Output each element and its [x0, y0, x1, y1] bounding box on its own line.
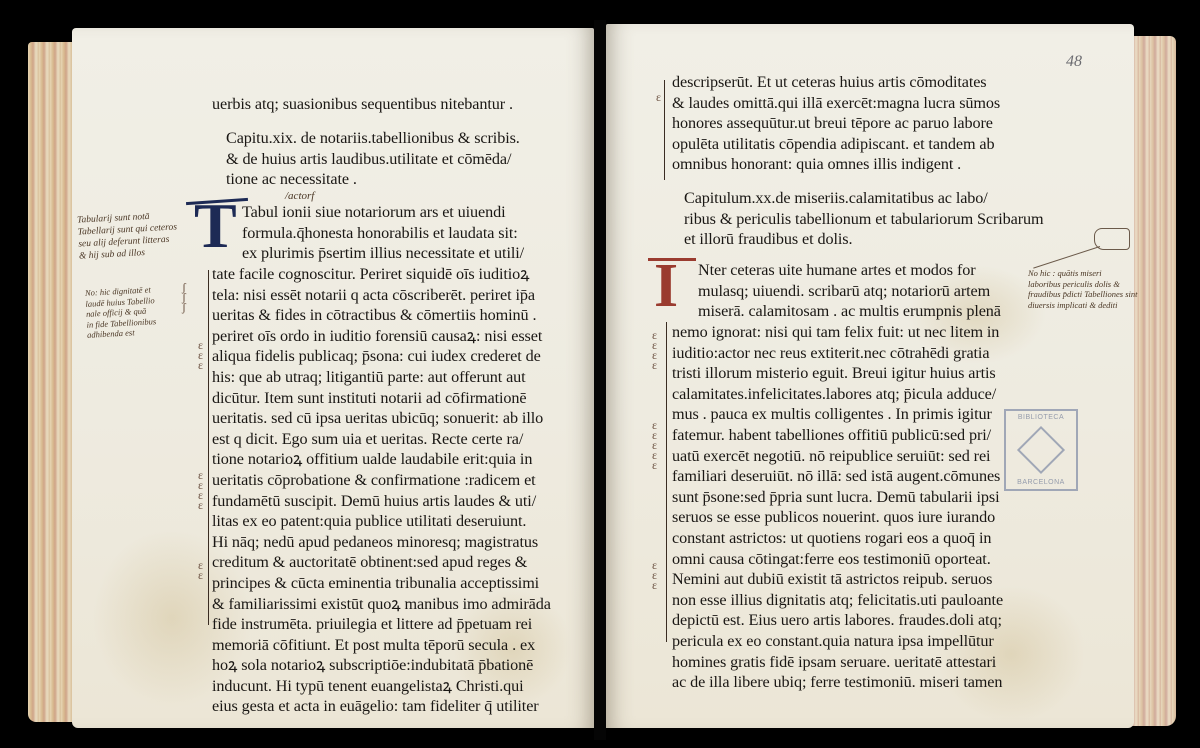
library-ownership-stamp: BIBLIOTECA BARCELONA [1004, 409, 1078, 491]
margin-flourish: εε [198, 560, 203, 580]
right-page-continuation: descripserūt. Et ut ceteras huius artis … [672, 72, 1000, 175]
left-marginal-note-2: No: hic dignitatē et laudē huius Tabelli… [85, 284, 157, 340]
left-body-text: tate facile cognoscitur. Periret siquidē… [212, 264, 551, 717]
margin-flourish: εεεε [198, 470, 203, 510]
left-marginal-note-1: Tabularij sunt notā Tabellarij sunt qui … [77, 209, 179, 262]
margin-flourish: εεε [652, 560, 657, 590]
left-body-indented: Tabul ionii siue notariorum ars et uiuen… [242, 202, 524, 264]
margin-flourish: εεεεε [652, 420, 657, 470]
open-book-spread: uerbis atq; suasionibus sequentibus nite… [0, 0, 1200, 748]
illuminated-initial-t: T [194, 196, 244, 256]
interlinear-correction: /actorf [285, 190, 314, 202]
margin-bracket-line [666, 322, 667, 642]
right-page-block-edge [1128, 36, 1176, 726]
margin-flourish: εεε [198, 340, 203, 370]
margin-flourish: εεεε [652, 330, 657, 370]
initial-flourish [648, 258, 696, 261]
margin-bracket-line [664, 80, 665, 180]
chapter-xix-heading: Capitu.xix. de notariis.tabellionibus & … [226, 128, 520, 190]
illuminated-initial-i: I [654, 256, 690, 316]
left-page-opening-line: uerbis atq; suasionibus sequentibus nite… [212, 94, 513, 115]
margin-flourish: ʃʃʃ [182, 282, 186, 312]
margin-bracket-line [208, 270, 209, 625]
chapter-xx-heading: Capitulum.xx.de miseriis.calamitatibus a… [684, 188, 1044, 250]
right-body-text: nemo ignorat: nisi qui tam felix fuit: u… [672, 322, 1003, 693]
book-gutter [594, 20, 606, 740]
right-marginal-note: No hic : quātis miseri laboribus pericul… [1028, 268, 1138, 310]
margin-flourish: ε [656, 92, 661, 102]
right-body-indented: Nter ceteras uite humane artes et modos … [698, 260, 1001, 322]
folio-number: 48 [1066, 53, 1082, 71]
stamp-diamond-emblem-icon [1017, 426, 1065, 474]
manicule-pointing-hand-icon [1094, 228, 1130, 250]
